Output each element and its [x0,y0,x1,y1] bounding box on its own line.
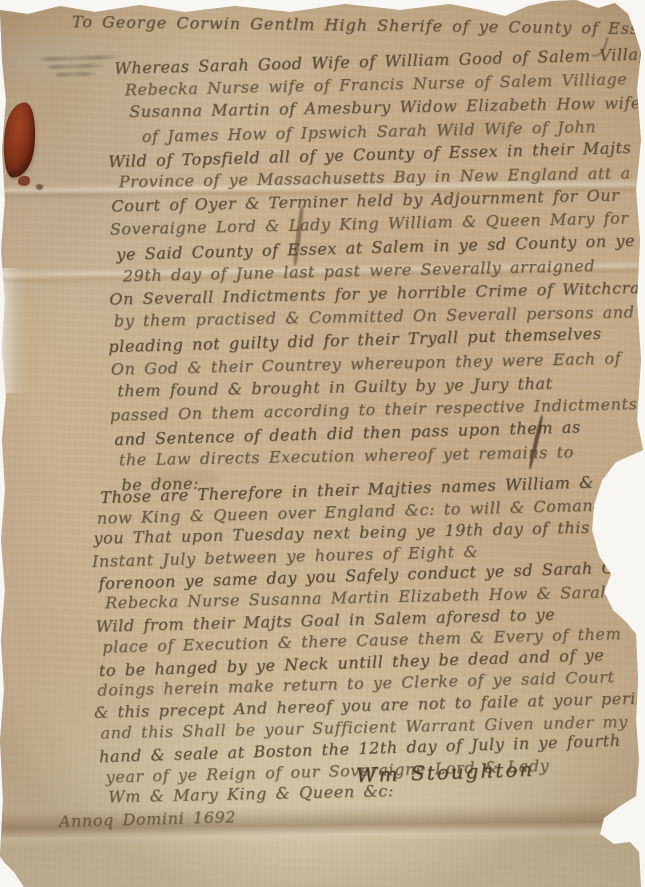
photo-background: To George Corwin Gentlm High Sherife of … [0,0,645,887]
ink-speck [36,184,43,190]
address-heading: To George Corwin Gentlm High Sherife of … [72,12,645,39]
worn-patch-left-edge [0,268,28,393]
parchment-document: To George Corwin Gentlm High Sherife of … [0,0,645,887]
manuscript-body-first-paragraph: Whereas Sarah Good Wife of William Good … [92,44,645,497]
red-wax-seal [0,101,39,180]
red-wax-seal-fragment [18,176,30,186]
faint-scribble [54,71,97,76]
